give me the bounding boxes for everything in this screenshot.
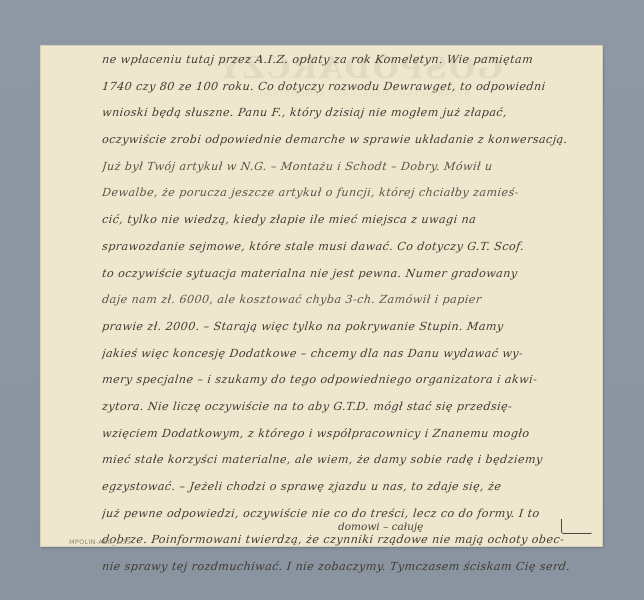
- text-line: zytora. Nie liczę oczywiście na to aby G…: [101, 394, 588, 421]
- text-line: daje nam zł. 6000, ale kosztować chyba 3…: [101, 287, 588, 314]
- text-line: cić, tylko nie wiedzą, kiedy złapie ile …: [101, 207, 588, 234]
- text-line: sprawozdanie sejmowe, które stale musi d…: [101, 234, 588, 261]
- text-line: wnioski będą słuszne. Panu F., który dzi…: [101, 100, 588, 127]
- text-line: jakieś więc koncesję Dodatkowe – chcemy …: [101, 341, 588, 368]
- text-line: Dewalbe, że porucza jeszcze artykuł o fu…: [101, 180, 588, 207]
- text-line: wzięciem Dodatkowym, z którego i współpr…: [101, 421, 588, 448]
- text-line: Już był Twój artykuł w N.G. – Montażu i …: [101, 154, 588, 181]
- text-line: egzystować. – Jeżeli chodzi o sprawę zja…: [101, 474, 588, 501]
- archive-stamp: MPOLIN-A50_1.35: [69, 538, 131, 546]
- text-line: to oczywiście sytuacja materialna nie je…: [101, 261, 588, 288]
- text-line: ne wpłaceniu tutaj przez A.I.Z. opłaty z…: [101, 47, 588, 74]
- text-line: mieć stałe korzyści materialne, ale wiem…: [101, 447, 588, 474]
- text-line: 1740 czy 80 ze 100 roku. Co dotyczy rozw…: [101, 74, 588, 101]
- letter-sheet: GOSPODARCZY WYDAWNICTWO · HANDLOWE · ADM…: [40, 45, 603, 547]
- text-line: prawie zł. 2000. – Starają więc tylko na…: [101, 314, 588, 341]
- signature-mark: [561, 519, 592, 534]
- closing-line: domowi – całuję: [338, 521, 423, 533]
- handwritten-body: ne wpłaceniu tutaj przez A.I.Z. opłaty z…: [102, 47, 586, 581]
- text-line: oczywiście zrobi odpowiednie demarche w …: [101, 127, 588, 154]
- text-line: nie sprawy tej rozdmuchiwać. I nie zobac…: [101, 554, 588, 581]
- text-line: mery specjalne – i szukamy do tego odpow…: [101, 367, 588, 394]
